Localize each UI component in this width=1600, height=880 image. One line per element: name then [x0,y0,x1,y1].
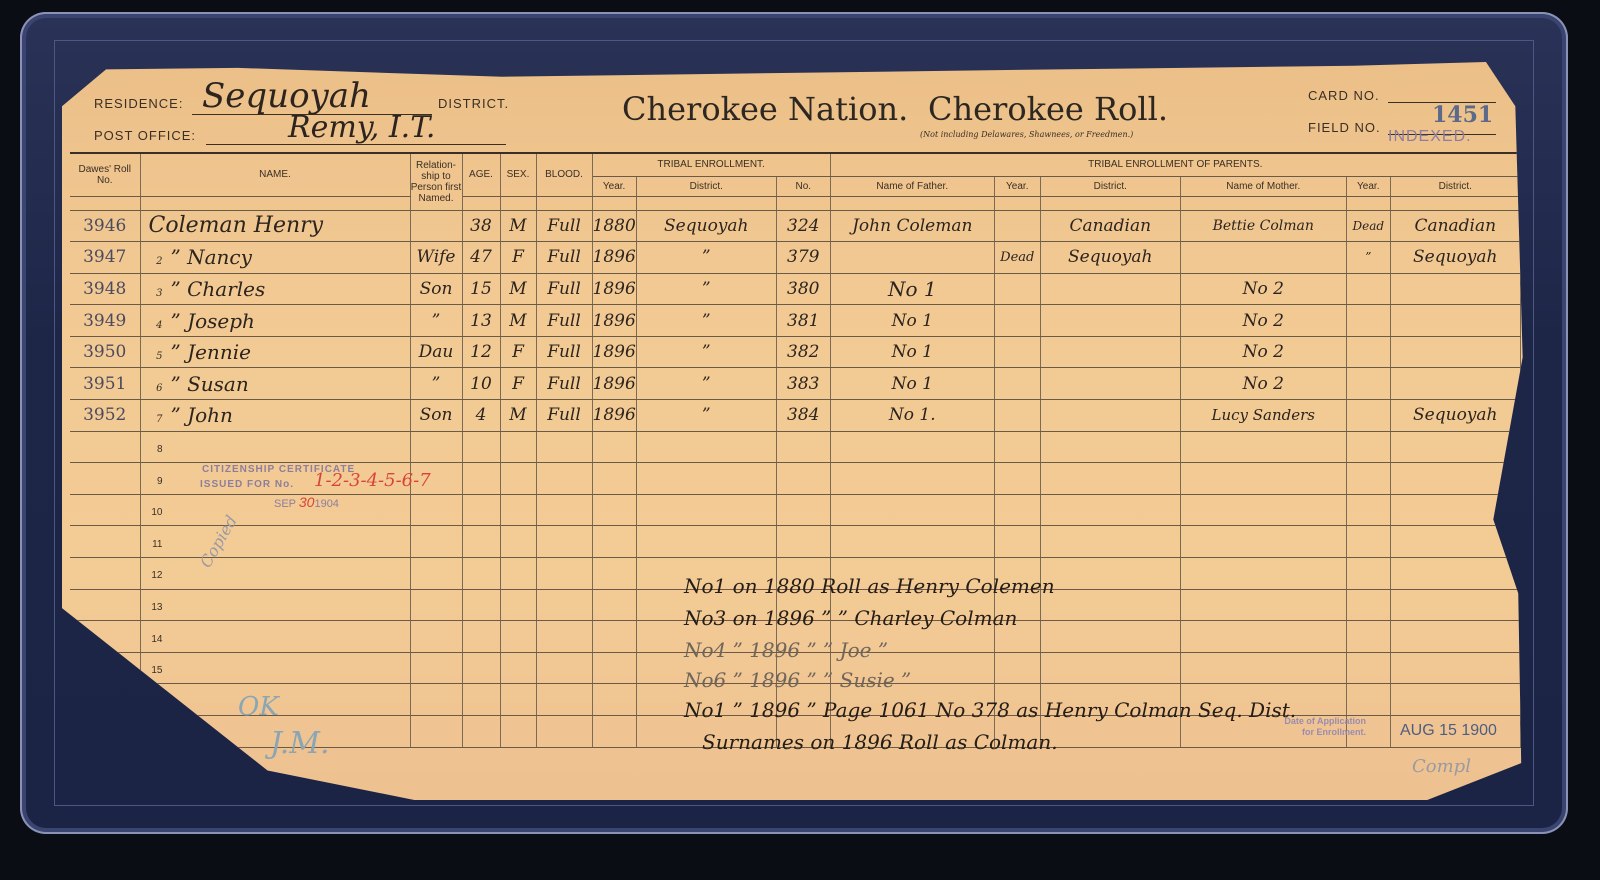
field-no-label: FIELD NO. [1308,120,1381,135]
enroll-year: 1896 [592,242,636,274]
blood: Full [536,273,592,305]
table-row: 3950 5” Jennie Dau 12 F Full 1896 ” 382 … [70,336,1520,368]
age: 38 [462,210,500,242]
father-district [1040,273,1180,305]
sex: M [500,210,536,242]
enroll-no: 383 [776,368,830,400]
father-name: John Coleman [830,210,994,242]
line-number: 14 [141,634,163,645]
note-line-1: No1 on 1880 Roll as Henry Colemen [684,574,1055,598]
mother-year [1346,368,1390,400]
mother-year: Dead [1346,210,1390,242]
col-name: NAME. [140,154,410,196]
enroll-year: 1896 [592,273,636,305]
mother-year [1346,305,1390,337]
col-mother-name: Name of Mother. [1180,176,1346,196]
col-father-district: District. [1040,176,1180,196]
line-number: 5 [141,351,163,362]
blood: Full [536,400,592,432]
person-name: ” Susan [171,372,249,396]
mother-year: ” [1346,242,1390,274]
enroll-no: 384 [776,400,830,432]
age: 13 [462,305,500,337]
blood: Full [536,242,592,274]
line-number: 2 [141,256,163,267]
pencil-ok-mark: OK [238,692,279,722]
blood: Full [536,336,592,368]
note-line-5: No1 ” 1896 ” Page 1061 No 378 as Henry C… [684,698,1296,722]
roll-number: 3951 [70,368,140,400]
enroll-district: ” [636,273,776,305]
table-row: 3949 4” Joseph ” 13 M Full 1896 ” 381 No… [70,305,1520,337]
relationship: Son [410,400,462,432]
mother-name: Lucy Sanders [1180,400,1346,432]
mother-year [1346,400,1390,432]
sex: F [500,368,536,400]
col-dawes-roll-no: Dawes' Roll No. [70,154,140,196]
line-number: 7 [141,414,163,425]
col-age: AGE. [462,154,500,196]
father-name: No 1 [830,273,994,305]
line-number: 3 [141,288,163,299]
note-line-6: Surnames on 1896 Roll as Colman. [702,730,1058,754]
enroll-district: ” [636,305,776,337]
table-row: 3946 Coleman Henry 38 M Full 1880 Sequoy… [70,210,1520,242]
enroll-no: 324 [776,210,830,242]
application-stamp-label: Date of Application for Enrollment. [1284,716,1366,738]
relationship: ” [410,305,462,337]
mother-district: Canadian [1390,210,1520,242]
father-year [994,400,1040,432]
father-district: Canadian [1040,210,1180,242]
col-mother-district: District. [1390,176,1520,196]
col-tribal-enrollment: TRIBAL ENROLLMENT. [592,154,830,176]
person-name: ” John [171,403,233,427]
col-te-district: District. [636,176,776,196]
mother-name [1180,242,1346,274]
citizenship-stamp-label: ISSUED FOR No. [200,479,294,490]
sex: M [500,273,536,305]
age: 4 [462,400,500,432]
residence-label: RESIDENCE: [94,96,183,111]
col-blood: BLOOD. [536,154,592,196]
sex: F [500,336,536,368]
citizenship-stamp-numbers: 1-2-3-4-5-6-7 [314,470,431,491]
enroll-year: 1896 [592,368,636,400]
relationship: ” [410,368,462,400]
person-name: ” Nancy [171,245,252,269]
blood: Full [536,368,592,400]
mother-district: Sequoyah [1390,400,1520,432]
table-row: 3947 2” Nancy Wife 47 F Full 1896 ” 379 … [70,242,1520,274]
father-name: No 1. [830,400,994,432]
mother-district [1390,273,1520,305]
father-year [994,368,1040,400]
roll-number: 3947 [70,242,140,274]
stamp-day: 30 [299,494,315,510]
line-number: 11 [141,539,163,550]
citizenship-stamp-date: SEP 301904 [274,494,339,510]
roll-number: 3952 [70,400,140,432]
mother-year [1346,336,1390,368]
father-year: Dead [994,242,1040,274]
enroll-no: 381 [776,305,830,337]
enroll-district: ” [636,336,776,368]
father-name [830,242,994,274]
line-number: 4 [141,320,163,331]
person-name: ” Joseph [171,309,255,333]
blood: Full [536,305,592,337]
note-line-2: No3 on 1896 ” ” Charley Colman [684,606,1017,630]
enroll-year: 1896 [592,336,636,368]
pencil-compl-mark: Compl [1412,756,1471,777]
enroll-no: 380 [776,273,830,305]
indexed-stamp: INDEXED. [1388,128,1472,146]
blood: Full [536,210,592,242]
age: 12 [462,336,500,368]
sex: M [500,400,536,432]
father-name: No 1 [830,368,994,400]
enroll-district: ” [636,368,776,400]
application-stamp-date: AUG 15 1900 [1400,722,1497,740]
roll-number: 3950 [70,336,140,368]
mother-name: No 2 [1180,305,1346,337]
enroll-district: ” [636,242,776,274]
age: 10 [462,368,500,400]
father-district [1040,336,1180,368]
age: 47 [462,242,500,274]
person-name: ” Charles [171,277,266,301]
note-line-3: No4 ” 1896 ” ” Joe ” [684,638,888,662]
sex: M [500,305,536,337]
title-cherokee-nation: Cherokee Nation. [622,90,908,128]
mother-name: No 2 [1180,336,1346,368]
stamp-year: 1904 [314,498,338,510]
mother-year [1346,273,1390,305]
person-name: ” Jennie [171,340,251,364]
father-year [994,210,1040,242]
col-father-name: Name of Father. [830,176,994,196]
mother-district [1390,336,1520,368]
stamp-month: SEP [274,498,296,510]
line-number: 9 [141,476,163,487]
field-no-value: 1451 [1432,102,1493,128]
district-label: DISTRICT. [438,96,509,111]
roll-number: 3948 [70,273,140,305]
line-number: 6 [141,383,163,394]
relationship: Wife [410,242,462,274]
col-te-no: No. [776,176,830,196]
father-year [994,336,1040,368]
card-no-label: CARD NO. [1308,88,1380,103]
enroll-no: 382 [776,336,830,368]
mother-district [1390,368,1520,400]
father-year [994,305,1040,337]
roll-number: 3946 [70,210,140,242]
mother-name: Bettie Colman [1180,210,1346,242]
col-mother-year: Year. [1346,176,1390,196]
enroll-no: 379 [776,242,830,274]
table-row: 3951 6” Susan ” 10 F Full 1896 ” 383 No … [70,368,1520,400]
enroll-district: Sequoyah [636,210,776,242]
line-number: 10 [141,507,163,518]
title-cherokee-roll: Cherokee Roll. [928,90,1168,128]
father-name: No 1 [830,305,994,337]
mother-district [1390,305,1520,337]
father-year [994,273,1040,305]
enroll-year: 1896 [592,400,636,432]
table-row: 3948 3” Charles Son 15 M Full 1896 ” 380… [70,273,1520,305]
age: 15 [462,273,500,305]
col-relationship: Relation-ship to Person first Named. [410,154,462,210]
father-district [1040,368,1180,400]
census-card: RESIDENCE: Sequoyah DISTRICT. POST OFFIC… [62,62,1530,800]
father-name: No 1 [830,336,994,368]
enroll-district: ” [636,400,776,432]
post-office-value: Remy, I.T. [288,110,435,145]
relationship [410,210,462,242]
subtitle: (Not including Delawares, Shawnees, or F… [920,130,1133,139]
col-te-year: Year. [592,176,636,196]
mother-name: No 2 [1180,368,1346,400]
father-district: Sequoyah [1040,242,1180,274]
blank-row: 8 [70,431,1520,463]
table-row: 3952 7” John Son 4 M Full 1896 ” 384 No … [70,400,1520,432]
col-sex: SEX. [500,154,536,196]
pencil-initials: J.M. [270,726,330,761]
col-tribal-enrollment-parents: TRIBAL ENROLLMENT OF PARENTS. [830,154,1520,176]
enroll-year: 1880 [592,210,636,242]
line-number: 12 [141,570,163,581]
father-district [1040,305,1180,337]
enroll-year: 1896 [592,305,636,337]
post-office-label: POST OFFICE: [94,128,196,143]
sex: F [500,242,536,274]
roll-number: 3949 [70,305,140,337]
relationship: Dau [410,336,462,368]
relationship: Son [410,273,462,305]
line-number: 13 [141,602,163,613]
mother-district: Sequoyah [1390,242,1520,274]
person-name: Coleman Henry [140,210,410,242]
line-number: 8 [141,444,163,455]
mother-name: No 2 [1180,273,1346,305]
note-line-4: No6 ” 1896 ” ” Susie ” [684,668,911,692]
col-father-year: Year. [994,176,1040,196]
blank-row: 11 [70,526,1520,558]
father-district [1040,400,1180,432]
